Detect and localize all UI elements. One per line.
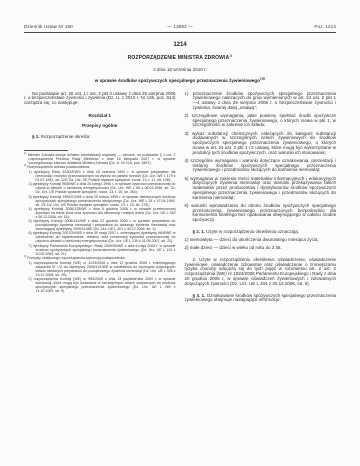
footnote-1: 1) Minister Zdrowia kieruje działem admi… — [24, 154, 176, 166]
paragraph-2-heading: § 2. 1. Użyte w rozporządzeniu określeni… — [185, 230, 337, 235]
scope-item-5-text: wymagania w zakresie treści materiałów i… — [190, 176, 336, 200]
footnote-1-text: Minister Zdrowia kieruje działem adminis… — [28, 153, 176, 165]
footnote-1-marker: 1) — [24, 152, 26, 155]
footnote-2-item-7: 7) dyrektywy Parlamentu Europejskiego i … — [29, 245, 176, 257]
footnote-3-item-1: 1) rozporządzenia Komisji (WE) nr 1243/2… — [29, 262, 176, 278]
scope-item-3-number: 3) — [185, 131, 189, 136]
act-date-line: z dnia 16 września 2010 r. — [24, 67, 336, 72]
scope-item-3-text: wykaz substancji chemicznych należących … — [192, 131, 336, 155]
paragraph-3-heading: § 3. 1. Oznakowanie środków spożywczych … — [185, 294, 337, 304]
footnote-2-items: 1) dyrektywy Rady 92/52/EWG z dnia 18 cz… — [24, 171, 176, 257]
document-page: Dziennik Ustaw Nr 180 — 13683 — Poz. 121… — [0, 0, 360, 303]
footnote-2-marker: 2) — [24, 164, 26, 167]
definition-item-2-number: 2) — [185, 245, 189, 250]
scope-item-1: 1) przeznaczenie środków spożywczych spe… — [185, 92, 337, 111]
scope-item-2-number: 2) — [185, 113, 189, 118]
paragraph-2-marker: § 2. 1. — [193, 229, 206, 234]
footnote-separator-rule — [24, 150, 68, 151]
scope-item-1-text: przeznaczenie środków spożywczych specja… — [193, 91, 337, 110]
paragraph-1-marker: § 1. — [32, 134, 40, 139]
scope-item-6-number: 6) — [185, 203, 189, 208]
scope-item-4-text: szczególne wymagania i warunki dotyczące… — [190, 158, 336, 173]
scope-item-2-text: szczegółowe wymagania, jakie powinny spe… — [192, 113, 336, 128]
definition-item-1-number: 1) — [185, 237, 189, 242]
act-issuer-line: ROZPORZĄDZENIE MINISTRA ZDROWIA1) — [24, 55, 336, 61]
footnote-ref-1: 1) — [229, 53, 232, 57]
position-number: Poz. 1214 — [314, 24, 336, 29]
running-header: Dziennik Ustaw Nr 180 — 13683 — Poz. 121… — [24, 24, 336, 33]
footnotes-block: 1) Minister Zdrowia kieruje działem admi… — [24, 154, 176, 295]
legal-basis-paragraph: Na podstawie art. 26 ust. 1 i ust. 2 pkt… — [24, 92, 176, 106]
footnote-2-item-4: 4) dyrektywy Komisji 2006/125/WE z dnia … — [29, 208, 176, 220]
footnote-2-item-3: 3) dyrektywy Komisji 1999/21/WE z dnia 2… — [29, 196, 176, 208]
paragraph-1-text: Rozporządzenie określa: — [41, 134, 91, 139]
definition-item-2: 2) małe dzieci — dzieci w wieku od roku … — [185, 246, 337, 251]
footnote-3-item-2: 2) rozporządzenia Komisji (WE) nr 953/20… — [29, 278, 176, 294]
definition-item-2-text: małe dzieci — dzieci w wieku od roku do … — [190, 245, 282, 250]
footnote-3-items: 1) rozporządzenia Komisji (WE) nr 1243/2… — [24, 262, 176, 294]
chapter-heading: Rozdział 1 — [24, 113, 176, 118]
scope-item-6: 6) warunki wprowadzania do obrotu środkó… — [185, 204, 337, 223]
paragraph-1: § 1. Rozporządzenie określa: — [24, 135, 176, 140]
footnote-2-item-2: 2) dyrektywy Komisji 96/8/WE z dnia 26 l… — [29, 183, 176, 195]
two-column-body: Na podstawie art. 26 ust. 1 i ust. 2 pkt… — [24, 92, 336, 304]
footnote-2-item-5: 5) dyrektywy Komisji 2006/141/WE z dnia … — [29, 220, 176, 232]
scope-item-4-number: 4) — [185, 158, 189, 163]
sheet-page-number: — 13683 — — [167, 24, 192, 29]
journal-title: Dziennik Ustaw Nr 180 — [24, 24, 73, 29]
paragraph-2-ust-2: 2. Użyte w rozporządzeniu określenia: oś… — [185, 258, 337, 287]
paragraph-3-text: Oznakowanie środków spożywczych specjaln… — [185, 293, 336, 303]
scope-item-3: 3) wykaz substancji chemicznych należący… — [185, 132, 337, 156]
scope-item-4: 4) szczególne wymagania i warunki dotycz… — [185, 159, 337, 173]
act-title-block: 1214 ROZPORZĄDZENIE MINISTRA ZDROWIA1) z… — [24, 42, 336, 83]
act-item-number: 1214 — [24, 42, 336, 48]
act-issuer: ROZPORZĄDZENIE MINISTRA ZDROWIA — [128, 55, 230, 61]
footnote-2-item-6: 6) dyrektywy Komisji 2007/29/WE z dnia 3… — [29, 232, 176, 244]
footnote-2-intro: Rozporządzenie wdraża postanowienia: — [27, 166, 90, 170]
definition-item-1: 1) niemowlęta — dzieci do ukończenia dwu… — [185, 238, 337, 243]
scope-item-1-number: 1) — [185, 91, 189, 96]
footnote-ref-2-3: 2)3) — [260, 76, 265, 80]
definition-item-1-text: niemowlęta — dzieci do ukończenia dwunas… — [190, 237, 319, 242]
act-subject: w sprawie środków spożywczych specjalneg… — [95, 78, 260, 83]
paragraph-2-text: Użyte w rozporządzeniu określenia oznacz… — [206, 229, 299, 234]
act-subject-line: w sprawie środków spożywczych specjalneg… — [24, 78, 336, 83]
footnote-3-marker: 3) — [24, 255, 26, 258]
scope-item-5: 5) wymagania w zakresie treści materiałó… — [185, 177, 337, 201]
chapter-title: Przepisy ogólne — [24, 123, 176, 128]
scope-item-5-number: 5) — [185, 176, 189, 181]
right-column: 1) przeznaczenie środków spożywczych spe… — [185, 92, 337, 304]
scope-item-2: 2) szczegółowe wymagania, jakie powinny … — [185, 114, 337, 128]
left-column: Na podstawie art. 26 ust. 1 i ust. 2 pkt… — [24, 92, 176, 304]
scope-item-6-text: warunki wprowadzania do obrotu środków s… — [191, 203, 336, 222]
footnote-2-item-1: 1) dyrektywy Rady 92/52/EWG z dnia 18 cz… — [29, 171, 176, 183]
